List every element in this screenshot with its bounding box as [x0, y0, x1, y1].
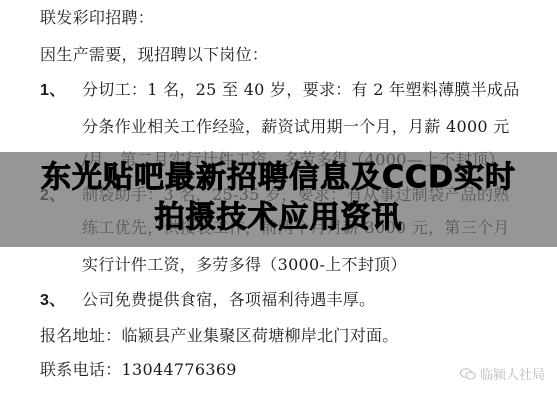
- address-text: 报名地址：临颍县产业集聚区荷塘柳岸北门对面。: [40, 326, 399, 346]
- item-1: 1、分切工：1 名，25 至 40 岁，要求：有 2 年塑料薄膜半成品: [40, 80, 520, 101]
- item-line: 分条作业相关工作经验，薪资试用期一个月，月薪 4000 元: [82, 117, 510, 137]
- document-title: 联发彩印招聘：: [40, 8, 154, 28]
- watermark-text: 临颍人社局: [480, 364, 545, 383]
- item-line: 分切工：1 名，25 至 40 岁，要求：有 2 年塑料薄膜半成品: [82, 80, 520, 99]
- item-3: 3、公司免费提供食宿，各项福利待遇丰厚。: [40, 290, 375, 311]
- item-line: 实行计件工资，多劳多得（3000-上不封顶）: [82, 255, 407, 275]
- item-number: 1、: [40, 81, 82, 101]
- watermark: 临颍人社局: [460, 364, 545, 383]
- item-line: 公司免费提供食宿，各项福利待遇丰厚。: [82, 290, 375, 309]
- item-number: 3、: [40, 291, 82, 311]
- phone-text: 联系电话：13044776369: [40, 360, 237, 380]
- headline: 东光贴吧最新招聘信息及CCD实时 拍摄技术应用资讯: [0, 158, 557, 238]
- headline-line-1: 东光贴吧最新招聘信息及CCD实时: [0, 158, 557, 198]
- headline-line-2: 拍摄技术应用资讯: [0, 198, 557, 238]
- intro-text: 因生产需要，现招聘以下岗位：: [40, 45, 268, 65]
- wechat-icon: [460, 368, 476, 380]
